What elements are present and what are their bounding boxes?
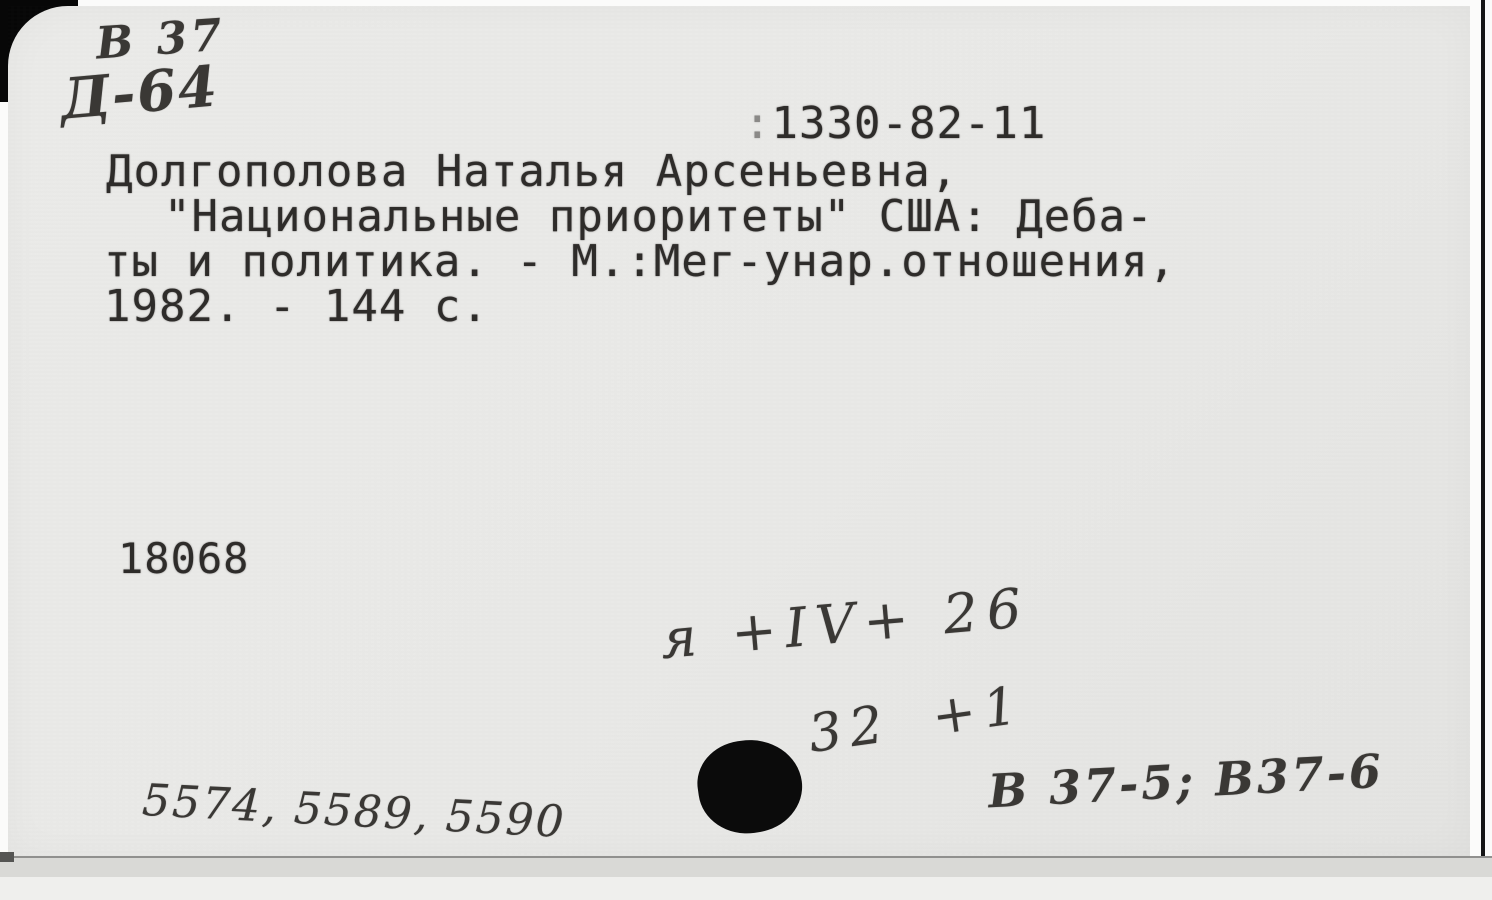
shelf-mark-line2: Д-64 xyxy=(57,53,221,133)
imprint-line: 1982. - 144 с. xyxy=(104,285,489,329)
accession-number: 18068 xyxy=(118,538,249,580)
title-line-2: ты и политика. - М.:Мег-унар.отношения, xyxy=(104,240,1176,284)
scan-bottom-band-dark xyxy=(0,858,1492,877)
hole-punch-mark xyxy=(692,733,808,840)
batch-numbers: 5574, 5589, 5590 xyxy=(141,775,567,848)
paper-grain-texture xyxy=(8,6,1470,857)
catalog-card: В 37 Д-64 :1330-82-11 Долгополова Наталь… xyxy=(8,6,1470,857)
index-number: 1330-82-11 xyxy=(772,98,1047,149)
index-number-line: :1330-82-11 xyxy=(744,102,1046,146)
scan-right-edge-line xyxy=(1481,0,1485,857)
title-line-1: "Национальные приоритеты" США: Деба- xyxy=(164,195,1154,239)
handwritten-count-line2: 32 +1 xyxy=(805,675,1029,765)
scanned-catalog-card-page: В 37 Д-64 :1330-82-11 Долгополова Наталь… xyxy=(0,0,1492,900)
scan-bottom-left-mark xyxy=(0,852,14,862)
handwritten-count-line1: я +IV+ 26 xyxy=(658,576,1033,671)
index-prefix: : xyxy=(744,98,772,149)
author-line: Долгополова Наталья Арсеньевна, xyxy=(106,150,958,194)
location-code: В 37-5; В37-6 xyxy=(987,744,1385,819)
scan-bottom-band-light xyxy=(0,877,1492,900)
